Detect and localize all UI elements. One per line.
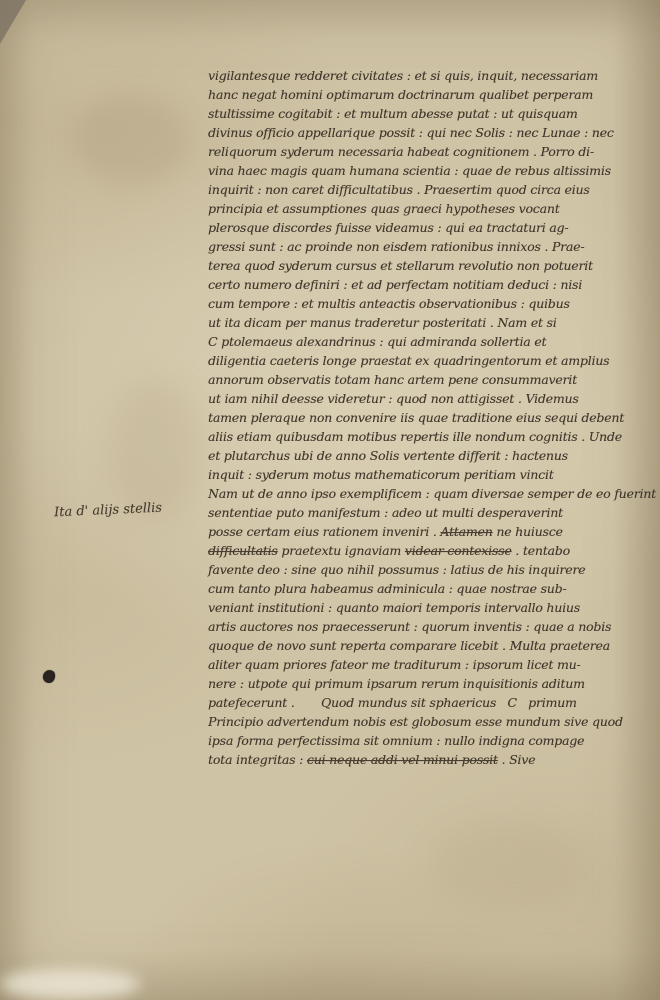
manuscript-text: . Sive bbox=[498, 752, 536, 767]
struck-text: videar contexisse bbox=[405, 543, 512, 558]
ink-blot bbox=[42, 669, 56, 684]
manuscript-line: Principio advertendum nobis est globosum… bbox=[208, 712, 640, 731]
manuscript-text: aliis etiam quibusdam motibus repertis i… bbox=[208, 429, 622, 444]
manuscript-text: plerosque discordes fuisse videamus : qu… bbox=[208, 220, 568, 235]
manuscript-text: vina haec magis quam humana scientia : q… bbox=[208, 163, 611, 178]
manuscript-text: nere : utpote qui primum ipsarum rerum i… bbox=[208, 676, 585, 691]
manuscript-line: vigilantesque redderet civitates : et si… bbox=[208, 66, 640, 85]
manuscript-text: ipsa forma perfectissima sit omnium : nu… bbox=[208, 733, 584, 748]
manuscript-line: diligentia caeteris longe praestat ex qu… bbox=[208, 351, 640, 370]
manuscript-text: ut ita dicam per manus traderetur poster… bbox=[208, 315, 557, 330]
manuscript-text: certo numero definiri : et ad perfectam … bbox=[208, 277, 582, 292]
manuscript-line: principia et assumptiones quas graeci hy… bbox=[208, 199, 640, 218]
manuscript-text: ne huiusce bbox=[493, 524, 563, 539]
page-corner-shadow bbox=[0, 0, 26, 44]
struck-text: difficultatis bbox=[208, 543, 278, 558]
manuscript-text: quoque de novo sunt reperta comparare li… bbox=[208, 638, 610, 653]
manuscript-line: annorum observatis totam hanc artem pene… bbox=[208, 370, 640, 389]
manuscript-line: stultissime cogitabit : et multum abesse… bbox=[208, 104, 640, 123]
manuscript-text: veniant institutioni : quanto maiori tem… bbox=[208, 600, 580, 615]
struck-text: Attamen bbox=[440, 524, 492, 539]
manuscript-line: gressi sunt : ac proinde non eisdem rati… bbox=[208, 237, 640, 256]
manuscript-text: terea quod syderum cursus et stellarum r… bbox=[208, 258, 593, 273]
manuscript-text: Nam ut de anno ipso exemplificem : quam … bbox=[208, 486, 656, 501]
manuscript-text: et plutarchus ubi de anno Solis vertente… bbox=[208, 448, 568, 463]
manuscript-line: cum tanto plura habeamus adminicula : qu… bbox=[208, 579, 640, 598]
manuscript-text: principia et assumptiones quas graeci hy… bbox=[208, 201, 560, 216]
manuscript-line: artis auctores nos praecesserunt : quoru… bbox=[208, 617, 640, 636]
struck-text: cui neque addi vel minui possit bbox=[307, 752, 498, 767]
manuscript-line: certo numero definiri : et ad perfectam … bbox=[208, 275, 640, 294]
manuscript-text: reliquorum syderum necessaria habeat cog… bbox=[208, 144, 594, 159]
manuscript-text-block: vigilantesque redderet civitates : et si… bbox=[208, 66, 640, 769]
manuscript-text: tamen pleraque non convenire iis quae tr… bbox=[208, 410, 624, 425]
manuscript-line: aliter quam priores fateor me traditurum… bbox=[208, 655, 640, 674]
manuscript-line: reliquorum syderum necessaria habeat cog… bbox=[208, 142, 640, 161]
manuscript-line: nere : utpote qui primum ipsarum rerum i… bbox=[208, 674, 640, 693]
manuscript-line: divinus officio appellarique possit : qu… bbox=[208, 123, 640, 142]
manuscript-line: cum tempore : et multis anteactis observ… bbox=[208, 294, 640, 313]
manuscript-text: patefecerunt . Quod mundus sit sphaericu… bbox=[208, 695, 577, 710]
manuscript-text: gressi sunt : ac proinde non eisdem rati… bbox=[208, 239, 584, 254]
manuscript-text: favente deo : sine quo nihil possumus : … bbox=[208, 562, 585, 577]
manuscript-text: stultissime cogitabit : et multum abesse… bbox=[208, 106, 578, 121]
manuscript-line: difficultatis praetextu ignaviam videar … bbox=[208, 541, 640, 560]
manuscript-line: C ptolemaeus alexandrinus : qui admirand… bbox=[208, 332, 640, 351]
manuscript-text: cum tempore : et multis anteactis observ… bbox=[208, 296, 570, 311]
manuscript-text: cum tanto plura habeamus adminicula : qu… bbox=[208, 581, 566, 596]
manuscript-text: divinus officio appellarique possit : qu… bbox=[208, 125, 614, 140]
manuscript-line: tamen pleraque non convenire iis quae tr… bbox=[208, 408, 640, 427]
manuscript-text: ut iam nihil deesse videretur : quod non… bbox=[208, 391, 579, 406]
manuscript-text: praetextu ignaviam bbox=[278, 543, 405, 558]
manuscript-line: ipsa forma perfectissima sit omnium : nu… bbox=[208, 731, 640, 750]
manuscript-text: tota integritas : bbox=[208, 752, 307, 767]
parchment-stain bbox=[430, 820, 590, 910]
manuscript-text: . tentabo bbox=[512, 543, 570, 558]
parchment-stain bbox=[70, 95, 190, 185]
manuscript-line: vina haec magis quam humana scientia : q… bbox=[208, 161, 640, 180]
manuscript-line: quoque de novo sunt reperta comparare li… bbox=[208, 636, 640, 655]
manuscript-text: artis auctores nos praecesserunt : quoru… bbox=[208, 619, 611, 634]
manuscript-line: patefecerunt . Quod mundus sit sphaericu… bbox=[208, 693, 640, 712]
manuscript-line: tota integritas : cui neque addi vel min… bbox=[208, 750, 640, 769]
manuscript-line: posse certam eius rationem inveniri . At… bbox=[208, 522, 640, 541]
manuscript-text: Principio advertendum nobis est globosum… bbox=[208, 714, 623, 729]
manuscript-line: aliis etiam quibusdam motibus repertis i… bbox=[208, 427, 640, 446]
manuscript-line: ut ita dicam per manus traderetur poster… bbox=[208, 313, 640, 332]
manuscript-text: sententiae puto manifestum : adeo ut mul… bbox=[208, 505, 563, 520]
manuscript-line: hanc negat homini optimarum doctrinarum … bbox=[208, 85, 640, 104]
manuscript-line: inquit : syderum motus mathematicorum pe… bbox=[208, 465, 640, 484]
manuscript-text: vigilantesque redderet civitates : et si… bbox=[208, 68, 598, 83]
manuscript-line: terea quod syderum cursus et stellarum r… bbox=[208, 256, 640, 275]
manuscript-text: hanc negat homini optimarum doctrinarum … bbox=[208, 87, 593, 102]
manuscript-text: C ptolemaeus alexandrinus : qui admirand… bbox=[208, 334, 546, 349]
manuscript-text: annorum observatis totam hanc artem pene… bbox=[208, 372, 577, 387]
manuscript-text: aliter quam priores fateor me traditurum… bbox=[208, 657, 580, 672]
marginal-note: Ita d' alijs stellis bbox=[54, 499, 205, 521]
manuscript-text: diligentia caeteris longe praestat ex qu… bbox=[208, 353, 609, 368]
manuscript-line: ut iam nihil deesse videretur : quod non… bbox=[208, 389, 640, 408]
manuscript-page: vigilantesque redderet civitates : et si… bbox=[0, 0, 660, 1000]
manuscript-line: inquirit : non caret difficultatibus . P… bbox=[208, 180, 640, 199]
manuscript-line: Nam ut de anno ipso exemplificem : quam … bbox=[208, 484, 640, 503]
manuscript-text: inquirit : non caret difficultatibus . P… bbox=[208, 182, 590, 197]
manuscript-text: posse certam eius rationem inveniri . bbox=[208, 524, 440, 539]
page-corner-wear bbox=[0, 968, 140, 1000]
manuscript-line: et plutarchus ubi de anno Solis vertente… bbox=[208, 446, 640, 465]
manuscript-line: plerosque discordes fuisse videamus : qu… bbox=[208, 218, 640, 237]
manuscript-line: veniant institutioni : quanto maiori tem… bbox=[208, 598, 640, 617]
manuscript-line: sententiae puto manifestum : adeo ut mul… bbox=[208, 503, 640, 522]
manuscript-text: inquit : syderum motus mathematicorum pe… bbox=[208, 467, 554, 482]
manuscript-line: favente deo : sine quo nihil possumus : … bbox=[208, 560, 640, 579]
